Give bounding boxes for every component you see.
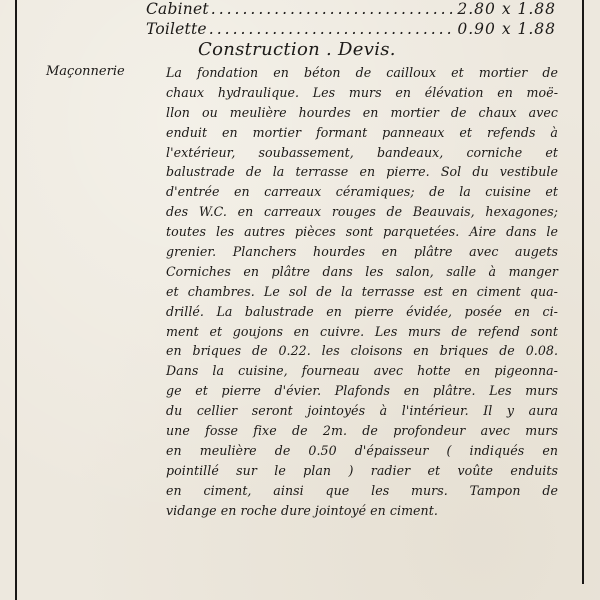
text-line: l'extérieur, soubassement, bandeaux, cor… bbox=[166, 143, 558, 163]
text-line: vidange en roche dure jointoyé en ciment… bbox=[166, 501, 558, 521]
text-line: des W.C. en carreaux rouges de Beauvais,… bbox=[166, 202, 558, 222]
text-line: enduit en mortier formant panneaux et re… bbox=[166, 123, 558, 143]
text-line: et chambres. Le sol de la terrasse est e… bbox=[166, 282, 558, 302]
text-line: toutes les autres pièces sont parquetées… bbox=[166, 222, 558, 242]
margin-label-maconnerie: Maçonnerie bbox=[46, 64, 125, 79]
text-line: en meulière de 0.50 d'épaisseur ( indiqu… bbox=[166, 441, 558, 461]
page-border-right bbox=[582, 0, 584, 584]
text-line: du cellier seront jointoyés à l'intérieu… bbox=[166, 401, 558, 421]
dimension-value: 2.80 x 1.88 bbox=[457, 0, 556, 18]
dot-leader: ...................................... bbox=[209, 20, 456, 38]
text-line: ment et goujons en cuivre. Les murs de r… bbox=[166, 322, 558, 342]
dimension-row-cabinet: Cabinet ................................… bbox=[146, 0, 556, 20]
dot-leader: ...................................... bbox=[211, 0, 456, 18]
text-line: Dans la cuisine, fourneau avec hotte en … bbox=[166, 361, 558, 381]
text-line: drillé. La balustrade en pierre évidée, … bbox=[166, 302, 558, 322]
document-page: Cabinet ................................… bbox=[0, 0, 600, 600]
text-line: Corniches en plâtre dans les salon, sall… bbox=[166, 262, 558, 282]
text-line: en briques de 0.22. les cloisons en briq… bbox=[166, 341, 558, 361]
text-line: ge et pierre d'évier. Plafonds en plâtre… bbox=[166, 381, 558, 401]
text-line: chaux hydraulique. Les murs en élévation… bbox=[166, 83, 558, 103]
text-line: une fosse fixe de 2m. de profondeur avec… bbox=[166, 421, 558, 441]
text-line: llon ou meulière hourdes en mortier de c… bbox=[166, 103, 558, 123]
dimension-label: Cabinet bbox=[146, 0, 209, 18]
dimension-value: 0.90 x 1.88 bbox=[457, 20, 556, 38]
text-line: grenier. Planchers hourdes en plâtre ave… bbox=[166, 242, 558, 262]
text-line: pointillé sur le plan ) radier et voûte … bbox=[166, 461, 558, 481]
text-line: La fondation en béton de cailloux et mor… bbox=[166, 63, 558, 83]
specification-paragraph: La fondation en béton de cailloux et mor… bbox=[166, 63, 558, 520]
section-heading: Construction . Devis. bbox=[198, 39, 396, 60]
text-line: balustrade de la terrasse en pierre. Sol… bbox=[166, 162, 558, 182]
text-line: en ciment, ainsi que les murs. Tampon de bbox=[166, 481, 558, 501]
text-line: d'entrée en carreaux céramiques; de la c… bbox=[166, 182, 558, 202]
dimension-row-toilette: Toilette ...............................… bbox=[146, 20, 556, 40]
dimension-label: Toilette bbox=[146, 20, 207, 38]
page-border-left bbox=[15, 0, 17, 600]
